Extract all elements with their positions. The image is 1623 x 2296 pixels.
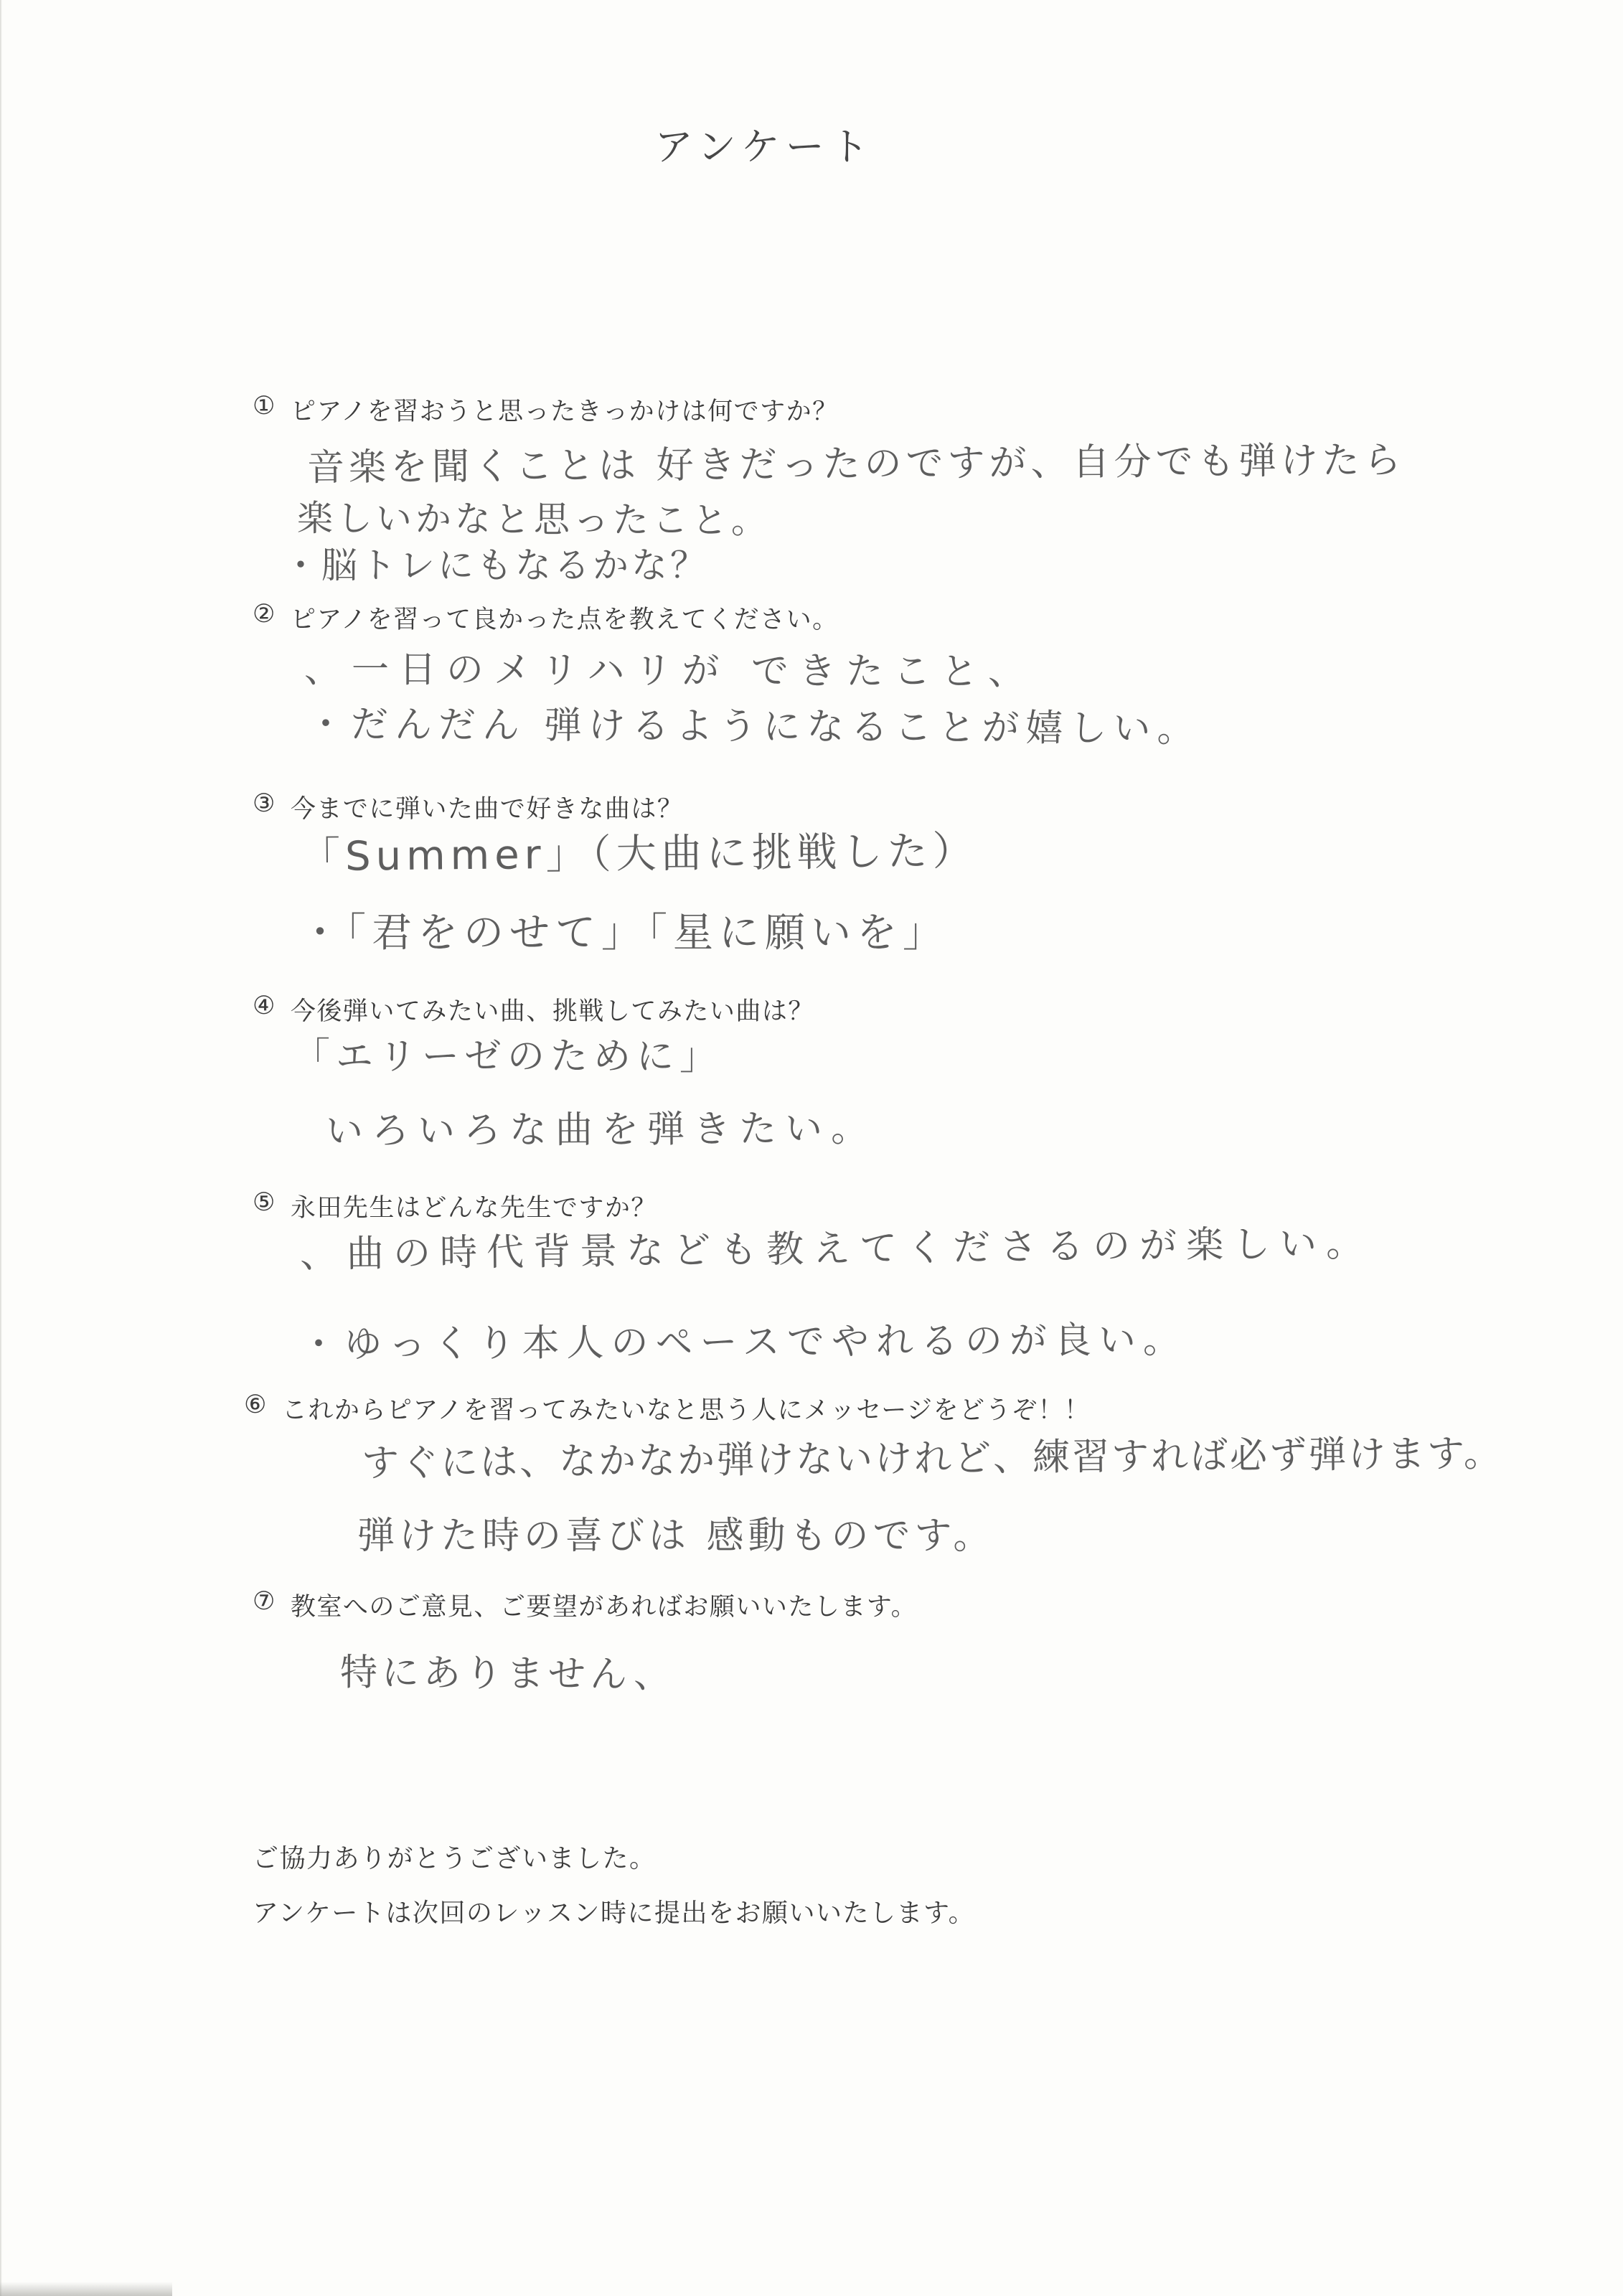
question-5-label: 永田先生はどんな先生ですか？ <box>291 1188 657 1224</box>
question-6-number: ⑥ <box>244 1391 268 1426</box>
question-5-answer-line-2: ・ゆっくり本人のペースでやれるのが良い。 <box>300 1309 1187 1368</box>
question-5-answer-line-1: 、曲の時代背景なども教えてくださるのが楽しい。 <box>300 1213 1373 1278</box>
question-4: ④ 今後弾いてみたい曲、挑戦してみたい曲は？ <box>253 992 814 1027</box>
question-2-number: ② <box>253 600 276 636</box>
question-2-answer-line-2: ・だんだん 弾けるようになることが嬉しい。 <box>307 694 1201 753</box>
question-1-answer-line-3: ・脳トレにもなるかな？ <box>283 537 709 588</box>
question-7-label: 教室へのご意見、ご要望があればお願いいたします。 <box>291 1587 917 1623</box>
question-6-answer-line-2: 弾けた時の喜びは 感動ものです。 <box>357 1505 994 1559</box>
question-4-label: 今後弾いてみたい曲、挑戦してみたい曲は？ <box>291 992 814 1027</box>
question-6-answer-line-1: すぐには、なかなか弾けないけれど、練習すれば必ず弾けます。 <box>362 1423 1503 1487</box>
question-6-label: これからピアノを習ってみたいなと思う人にメッセージをどうぞ！！ <box>282 1391 1091 1426</box>
scan-corner-artifact <box>0 2282 172 2296</box>
question-3-answer-line-2: ・「君をのせて」「星に願いを」 <box>300 901 949 959</box>
question-6: ⑥ これからピアノを習ってみたいなと思う人にメッセージをどうぞ！！ <box>244 1391 1091 1426</box>
footer-submit-note: アンケートは次回のレッスン時に提出をお願いいたします。 <box>253 1893 975 1929</box>
question-5: ⑤ 永田先生はどんな先生ですか？ <box>253 1188 657 1224</box>
question-1-answer-line-2: 楽しいかなと思ったこと。 <box>297 489 771 543</box>
question-1-label: ピアノを習おうと思ったきっかけは何ですか？ <box>291 392 839 428</box>
question-3: ③ 今までに弾いた曲で好きな曲は？ <box>253 789 683 825</box>
question-4-answer-line-2: いろいろな曲を弾きたい。 <box>326 1098 877 1154</box>
question-2: ② ピアノを習って良かった点を教えてください。 <box>253 600 839 636</box>
scan-edge-artifact <box>0 0 2 2296</box>
question-3-label: 今までに弾いた曲で好きな曲は？ <box>291 789 684 825</box>
page-title: アンケート <box>654 116 875 171</box>
question-7-answer-line-1: 特にありません、 <box>340 1642 676 1698</box>
question-4-number: ④ <box>253 992 276 1027</box>
question-3-number: ③ <box>253 789 276 825</box>
question-2-answer-line-1: 、一日のメリハリが できたこと、 <box>304 639 1035 695</box>
question-1-number: ① <box>253 392 276 428</box>
question-3-answer-line-1: 「Summer」（大曲に挑戦した） <box>300 819 978 883</box>
question-5-number: ⑤ <box>253 1188 276 1224</box>
footer-thanks: ご協力ありがとうございました。 <box>253 1838 657 1875</box>
question-1: ① ピアノを習おうと思ったきっかけは何ですか？ <box>253 392 839 428</box>
question-4-answer-line-1: 「エリーゼのために」 <box>293 1026 723 1080</box>
scanned-questionnaire-page: アンケート ① ピアノを習おうと思ったきっかけは何ですか？ 音楽を聞くことは 好… <box>0 0 1623 2296</box>
question-7-number: ⑦ <box>253 1587 276 1623</box>
question-2-label: ピアノを習って良かった点を教えてください。 <box>291 600 839 636</box>
question-1-answer-line-1: 音楽を聞くことは 好きだったのですが、自分でも弾けたら <box>307 430 1406 491</box>
question-7: ⑦ 教室へのご意見、ご要望があればお願いいたします。 <box>253 1587 917 1623</box>
